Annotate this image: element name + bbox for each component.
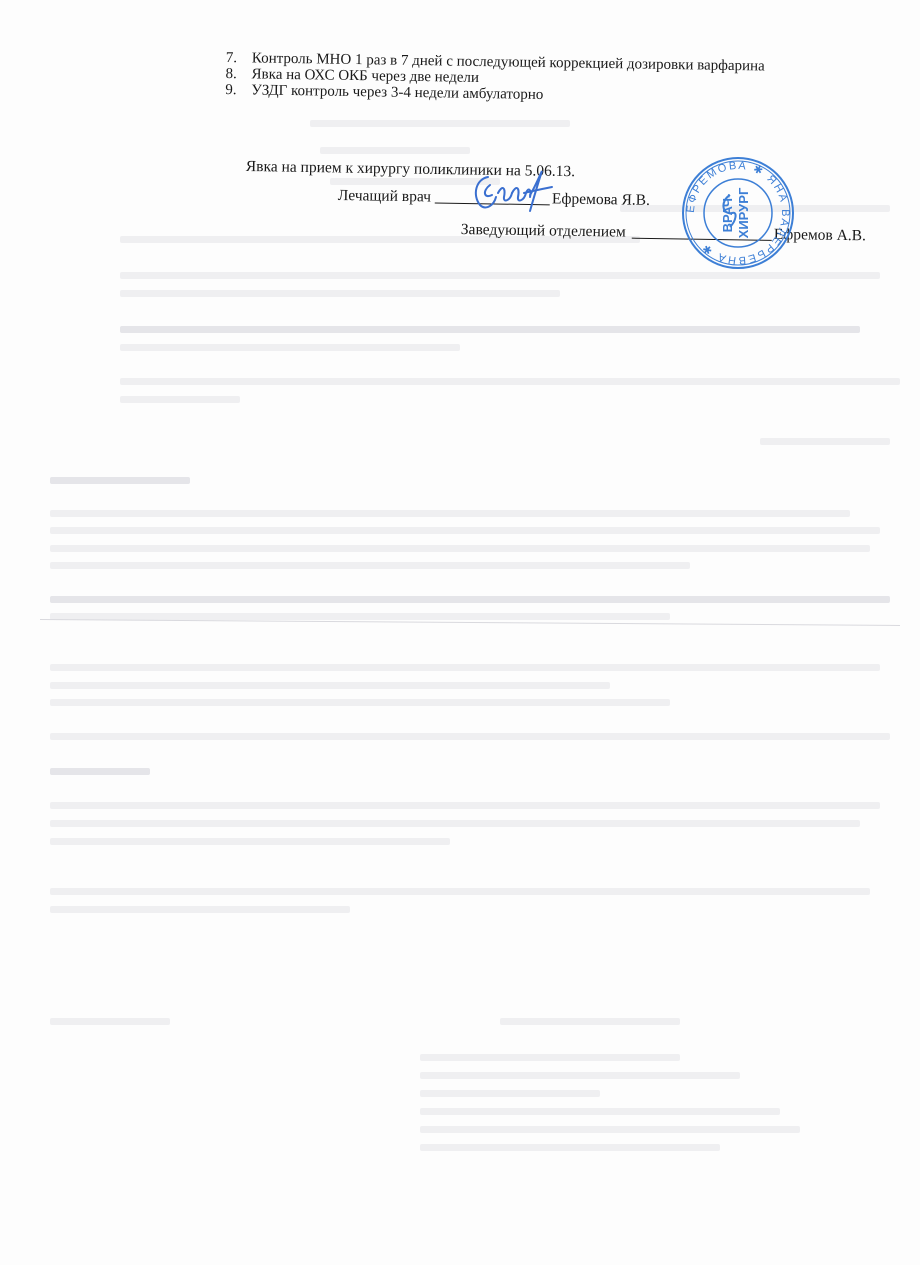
head-role: Заведующий отделением — [461, 221, 626, 242]
item-number: 7. — [226, 50, 252, 66]
attending-role: Лечащий врач — [338, 187, 431, 206]
scanned-page: 7. Контроль МНО 1 раз в 7 дней с последу… — [0, 0, 920, 1265]
stamp-center-line2: ХИРУРГ — [736, 187, 751, 238]
item-number: 9. — [225, 82, 251, 98]
item-number: 8. — [225, 66, 251, 82]
handwritten-signature — [468, 165, 558, 215]
attending-name: Ефремова Я.В. — [552, 190, 650, 210]
item-text: УЗДГ контроль через 3-4 недели амбулатор… — [251, 82, 543, 103]
doctor-stamp: ЕФРЕМОВА ✱ ЯНА ВАЛЕРЬЕВНА ✱ ВРАЧ- ХИРУРГ — [680, 155, 796, 271]
recommendations-list: 7. Контроль МНО 1 раз в 7 дней с последу… — [225, 50, 765, 106]
